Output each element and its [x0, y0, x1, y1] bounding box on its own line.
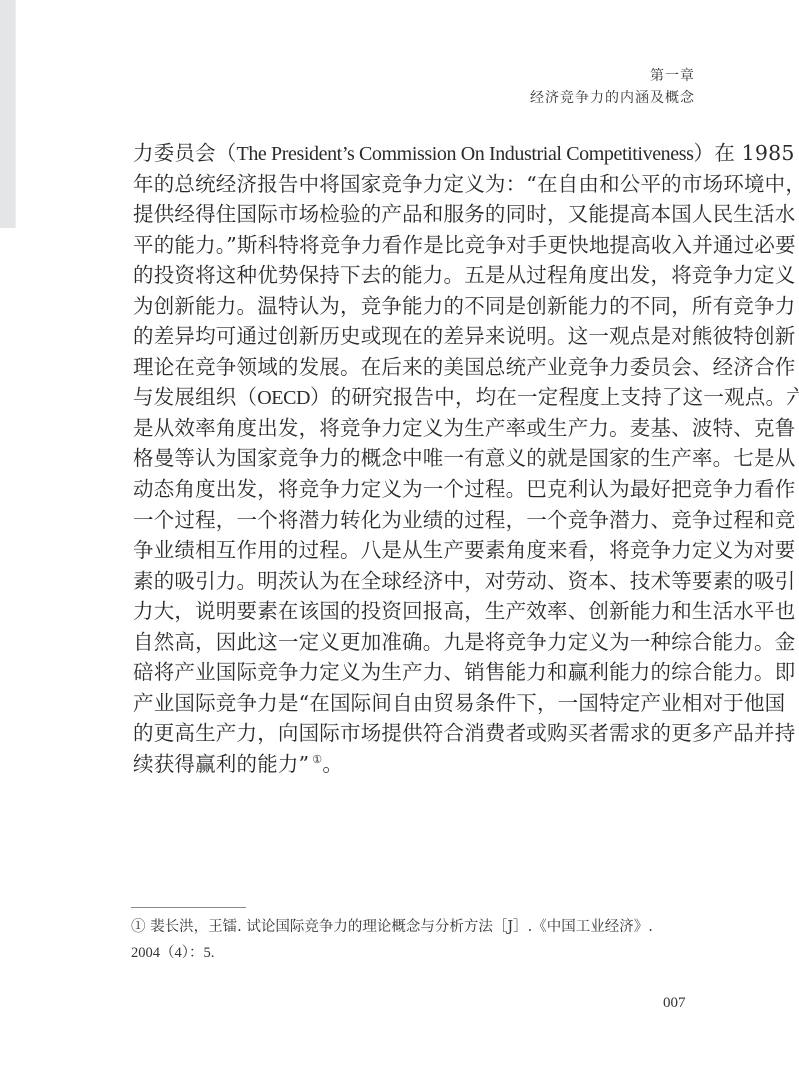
body-line: 力大，说明要素在该国的投资回报高，生产效率、创新能力和生活水平也 — [133, 596, 693, 627]
body-line: 续获得赢利的能力”①。 — [133, 749, 693, 780]
body-line: 自然高，因此这一定义更加准确。九是将竞争力定义为一种综合能力。金 — [133, 627, 693, 658]
body-line: 一个过程，一个将潜力转化为业绩的过程，一个竞争潜力、竞争过程和竞 — [133, 505, 693, 536]
running-head: 第一章 经济竞争力的内涵及概念 — [530, 66, 695, 110]
chapter-title: 经济竞争力的内涵及概念 — [530, 86, 695, 110]
body-line: 年的总统经济报告中将国家竞争力定义为：“在自由和公平的市场环境中， — [133, 169, 693, 200]
latin-text: The President’s Commission On Industrial… — [237, 143, 694, 165]
line-text: 续获得赢利的能力” — [133, 752, 309, 776]
body-line: 提供经得住国际市场检验的产品和服务的同时，又能提高本国人民生活水 — [133, 199, 693, 230]
page-edge-band — [0, 0, 16, 228]
line-text: 力委员会（ — [133, 141, 237, 165]
page-number: 007 — [663, 995, 686, 1012]
body-line: 理论在竞争领域的发展。在后来的美国总统产业竞争力委员会、经济合作 — [133, 352, 693, 383]
body-line: 产业国际竞争力是“在国际间自由贸易条件下，一国特定产业相对于他国 — [133, 688, 693, 719]
line-text: 与发展组织（ — [133, 385, 257, 409]
footnote-line: ① 裴长洪，王镭. 试论国际竞争力的理论概念与分析方法［J］.《中国工业经济》. — [131, 914, 696, 940]
footnote-line: 2004（4）：5. — [131, 940, 696, 966]
footnote-citation: 裴长洪，王镭. 试论国际竞争力的理论概念与分析方法［J］.《中国工业经济》. — [150, 919, 653, 935]
body-line: 平的能力。”斯科特将竞争力看作是比竞争对手更快地提高收入并通过必要 — [133, 230, 693, 261]
body-line: 素的吸引力。明茨认为在全球经济中，对劳动、资本、技术等要素的吸引 — [133, 566, 693, 597]
body-line: 是从效率角度出发，将竞争力定义为生产率或生产力。麦基、波特、克鲁 — [133, 413, 693, 444]
footnote-divider — [131, 907, 246, 908]
line-text: ）在 1985 — [694, 141, 795, 165]
footnote-reference[interactable]: ① — [312, 753, 322, 766]
body-line: 为创新能力。温特认为，竞争能力的不同是创新能力的不同，所有竞争力 — [133, 291, 693, 322]
body-line: 动态角度出发，将竞争力定义为一个过程。巴克利认为最好把竞争力看作 — [133, 474, 693, 505]
body-line: 碚将产业国际竞争力定义为生产力、销售能力和赢利能力的综合能力。即 — [133, 657, 693, 688]
body-line: 的投资将这种优势保持下去的能力。五是从过程角度出发，将竞争力定义 — [133, 260, 693, 291]
body-line: 与发展组织（OECD）的研究报告中，均在一定程度上支持了这一观点。六 — [133, 382, 693, 413]
body-line: 的差异均可通过创新历史或现在的差异来说明。这一观点是对熊彼特创新 — [133, 321, 693, 352]
body-line: 争业绩相互作用的过程。八是从生产要素角度来看，将竞争力定义为对要 — [133, 535, 693, 566]
chapter-label: 第一章 — [530, 66, 695, 86]
footnote-marker: ① — [131, 919, 146, 935]
body-line: 格曼等认为国家竞争力的概念中唯一有意义的就是国家的生产率。七是从 — [133, 443, 693, 474]
line-text: ）的研究报告中，均在一定程度上支持了这一观点。六 — [310, 385, 799, 409]
body-line: 的更高生产力，向国际市场提供符合消费者或购买者需求的更多产品并持 — [133, 718, 693, 749]
body-line: 力委员会（The President’s Commission On Indus… — [133, 138, 693, 169]
line-text: 。 — [322, 752, 343, 776]
latin-text: OECD — [257, 387, 310, 409]
footnote: ① 裴长洪，王镭. 试论国际竞争力的理论概念与分析方法［J］.《中国工业经济》.… — [131, 914, 696, 966]
body-text: 力委员会（The President’s Commission On Indus… — [133, 138, 693, 779]
